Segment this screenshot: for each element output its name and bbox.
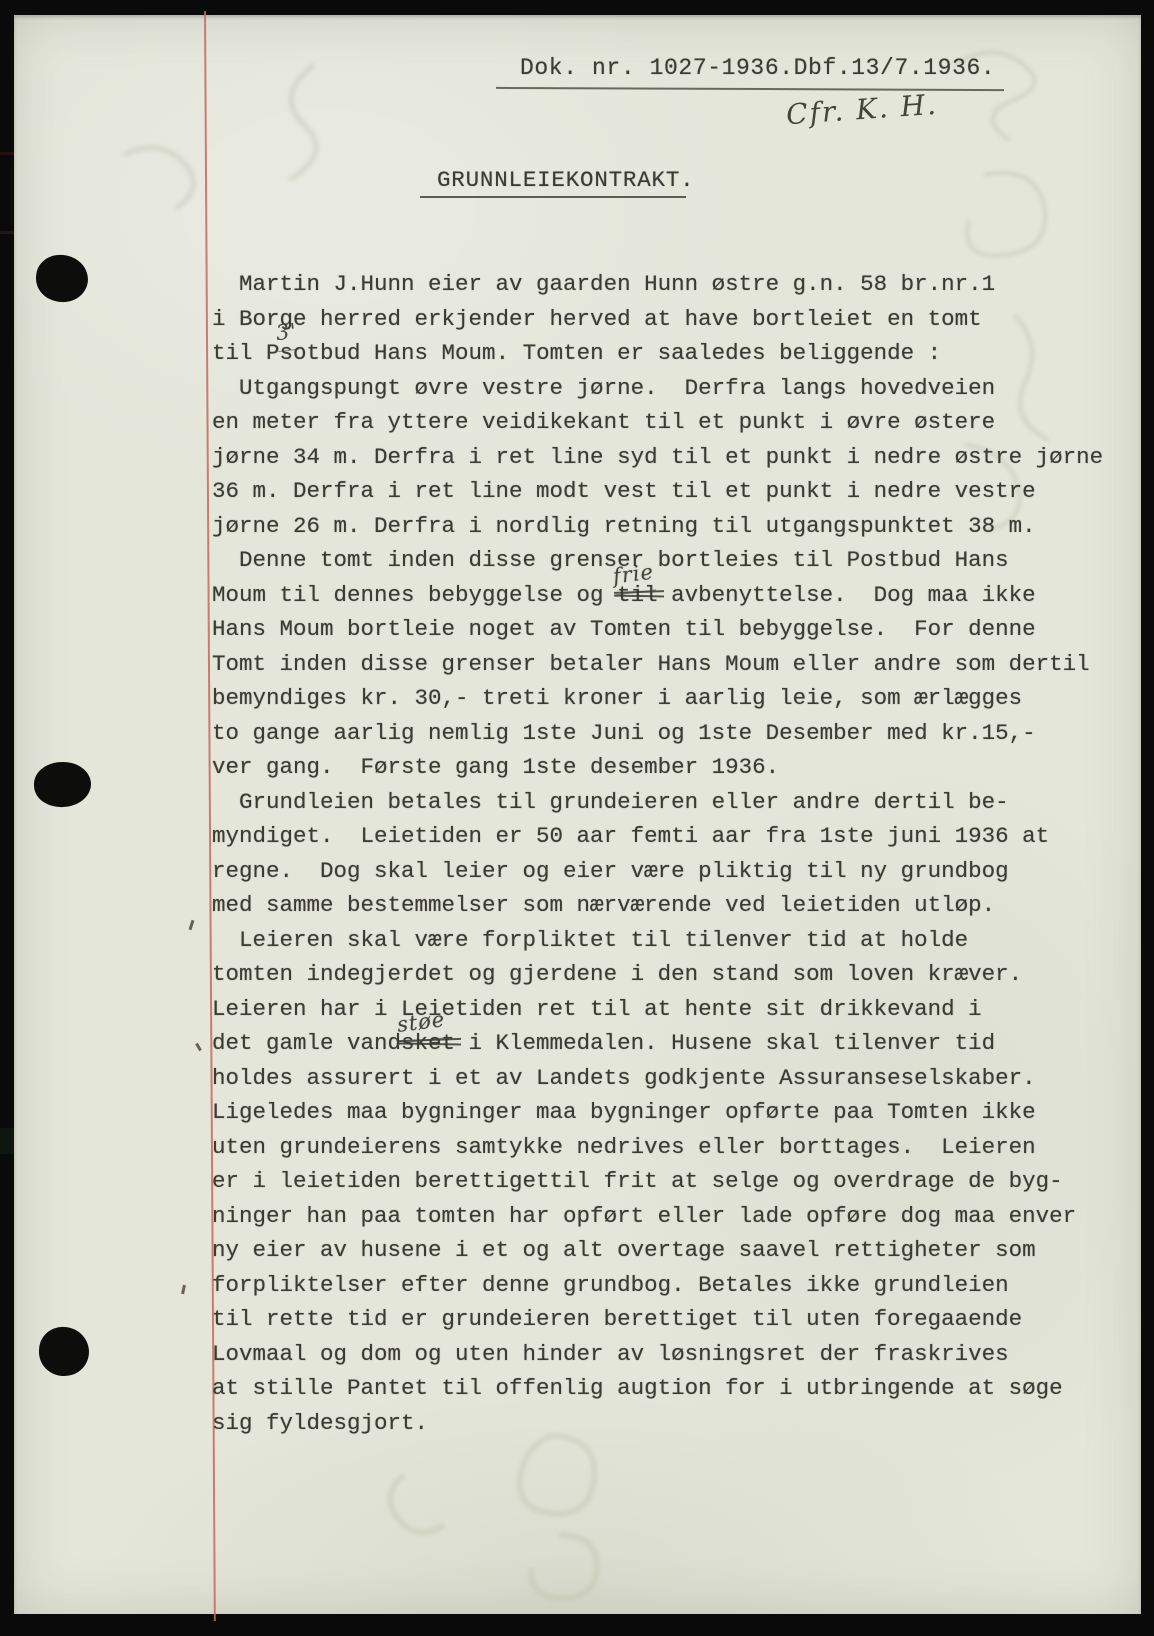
text-line: myndiget. Leietiden er 50 aar femti aar … (212, 819, 1132, 854)
text-line: to gange aarlig nemlig 1ste Juni og 1ste… (212, 716, 1132, 751)
text-line: Martin J.Hunn eier av gaarden Hunn østre… (212, 267, 1132, 302)
body-text: Martin J.Hunn eier av gaarden Hunn østre… (212, 267, 1132, 1440)
text-segment: jørne 26 m. Derfra i nordlig retning til… (212, 513, 1036, 539)
text-line: regne. Dog skal leier og eier være plikt… (212, 854, 1132, 889)
handwritten-correction: 3' (273, 314, 298, 352)
text-line: Ligeledes maa bygninger maa bygninger op… (212, 1095, 1132, 1130)
title-underline (420, 196, 686, 198)
scanner-streak (0, 231, 14, 234)
text-line: at stille Pantet til offenlig augtion fo… (212, 1371, 1132, 1406)
text-segment: Moum til dennes bebyggelse og (212, 582, 617, 608)
text-segment: bemyndiges kr. 30,- treti kroner i aarli… (212, 685, 1022, 711)
margin-tick-mark (189, 920, 195, 930)
text-segment: Ligeledes maa bygninger maa bygninger op… (212, 1099, 1036, 1125)
text-segment: holdes assurert i et av Landets godkjent… (212, 1065, 1036, 1091)
text-line: en meter fra yttere veidikekant til et p… (212, 405, 1132, 440)
document-title: GRUNNLEIEKONTRAKT. (437, 167, 694, 193)
text-line: til rette tid er grundeieren berettiget … (212, 1302, 1132, 1337)
scanner-streak (0, 152, 14, 155)
bleed-through-ghost (344, 1415, 684, 1605)
margin-tick-mark (195, 1043, 202, 1051)
text-segment: til P (212, 340, 280, 366)
text-line: ninger han paa tomten har opført eller l… (212, 1199, 1132, 1234)
text-line: Grundleien betales til grundeieren eller… (212, 785, 1132, 820)
text-segment: i Borge herred erkjender herved at have … (212, 306, 982, 332)
text-segment: uten grundeierens samtykke nedrives elle… (212, 1134, 1036, 1160)
text-line: 36 m. Derfra i ret line modt vest til et… (212, 474, 1132, 509)
punch-hole (32, 760, 92, 809)
text-segment: er i leietiden berettigettil frit at sel… (212, 1168, 1063, 1194)
text-segment: Utgangspungt øvre vestre jørne. Derfra l… (212, 375, 995, 401)
punch-hole (38, 1326, 90, 1378)
text-line: Leieren skal være forpliktet til tilenve… (212, 923, 1132, 958)
text-segment: 36 m. Derfra i ret line modt vest til et… (212, 478, 1036, 504)
text-line: Leieren har i Leietiden ret til at hente… (212, 992, 1132, 1027)
text-segment: tomten indegjerdet og gjerdene i den sta… (212, 961, 1022, 987)
text-line: sig fyldesgjort. (212, 1406, 1132, 1441)
scan-background: { "document": { "kind": "scanned typewri… (0, 0, 1154, 1636)
text-line: Moum til dennes bebyggelse og tilfrie av… (212, 578, 1132, 613)
text-segment: i Klemmedalen. Husene skal tilenver tid (455, 1030, 995, 1056)
handwritten-correction: frie (611, 554, 656, 594)
text-segment: myndiget. Leietiden er 50 aar femti aar … (212, 823, 1049, 849)
text-segment: to gange aarlig nemlig 1ste Juni og 1ste… (212, 720, 1036, 746)
text-line: i Borge herred erkjender herved at have … (212, 302, 1132, 337)
text-line: er i leietiden berettigettil frit at sel… (212, 1164, 1132, 1199)
handwritten-correction: støe (395, 1002, 447, 1043)
text-segment: regne. Dog skal leier og eier være plikt… (212, 858, 1009, 884)
text-line: ny eier av husene i et og alt overtage s… (212, 1233, 1132, 1268)
text-segment: ver gang. Første gang 1ste desember 1936… (212, 754, 779, 780)
text-segment: Tomt inden disse grenser betaler Hans Mo… (212, 651, 1090, 677)
text-segment: til rette tid er grundeieren berettiget … (212, 1306, 1022, 1332)
text-line: jørne 26 m. Derfra i nordlig retning til… (212, 509, 1132, 544)
text-line: bemyndiges kr. 30,- treti kroner i aarli… (212, 681, 1132, 716)
text-line: til Ps3'otbud Hans Moum. Tomten er saale… (212, 336, 1132, 371)
text-line: Utgangspungt øvre vestre jørne. Derfra l… (212, 371, 1132, 406)
text-line: tomten indegjerdet og gjerdene i den sta… (212, 957, 1132, 992)
text-segment: Grundleien betales til grundeieren eller… (212, 789, 1009, 815)
handwritten-annotation: Cfr. K. H. (785, 88, 939, 132)
punch-hole (34, 252, 91, 304)
text-segment: Martin J.Hunn eier av gaarden Hunn østre… (212, 271, 995, 297)
text-line: ver gang. Første gang 1ste desember 1936… (212, 750, 1132, 785)
text-segment: Leieren har i Leietiden ret til at hente… (212, 996, 982, 1022)
text-line: uten grundeierens samtykke nedrives elle… (212, 1130, 1132, 1165)
text-segment: det gamle vand (212, 1030, 401, 1056)
text-segment: sig fyldesgjort. (212, 1410, 428, 1436)
text-segment: jørne 34 m. Derfra i ret line syd til et… (212, 444, 1103, 470)
struck-word: sketstøe (401, 1026, 455, 1061)
text-line: Tomt inden disse grenser betaler Hans Mo… (212, 647, 1132, 682)
text-segment: otbud Hans Moum. Tomten er saaledes beli… (293, 340, 941, 366)
text-line: det gamle vandsketstøe i Klemmedalen. Hu… (212, 1026, 1132, 1061)
bleed-through-ghost (84, 35, 384, 295)
text-line: med samme bestemmelser som nærværende ve… (212, 888, 1132, 923)
text-segment: Lovmaal og dom og uten hinder av løsning… (212, 1341, 1009, 1367)
text-line: holdes assurert i et av Landets godkjent… (212, 1061, 1132, 1096)
text-segment: ny eier av husene i et og alt overtage s… (212, 1237, 1036, 1263)
text-segment: forpliktelser efter denne grundbog. Beta… (212, 1272, 1009, 1298)
scanner-streak (0, 1128, 14, 1154)
doc-number: Dok. nr. 1027-1936.Dbf.13/7.1936. (520, 55, 995, 81)
text-segment: Leieren skal være forpliktet til tilenve… (212, 927, 968, 953)
text-segment: en meter fra yttere veidikekant til et p… (212, 409, 995, 435)
margin-tick-mark (181, 1285, 186, 1294)
text-segment: avbenyttelse. Dog maa ikke (658, 582, 1036, 608)
text-segment: ninger han paa tomten har opført eller l… (212, 1203, 1076, 1229)
text-line: Lovmaal og dom og uten hinder av løsning… (212, 1337, 1132, 1372)
struck-word: tilfrie (617, 578, 658, 613)
text-segment: Hans Moum bortleie noget av Tomten til b… (212, 616, 1036, 642)
document-page: Dok. nr. 1027-1936.Dbf.13/7.1936. Cfr. K… (14, 15, 1141, 1614)
text-line: jørne 34 m. Derfra i ret line syd til et… (212, 440, 1132, 475)
text-segment: med samme bestemmelser som nærværende ve… (212, 892, 995, 918)
text-segment: at stille Pantet til offenlig augtion fo… (212, 1375, 1063, 1401)
text-line: Hans Moum bortleie noget av Tomten til b… (212, 612, 1132, 647)
text-line: Denne tomt inden disse grenser bortleies… (212, 543, 1132, 578)
text-line: forpliktelser efter denne grundbog. Beta… (212, 1268, 1132, 1303)
text-segment: s3' (280, 336, 294, 371)
